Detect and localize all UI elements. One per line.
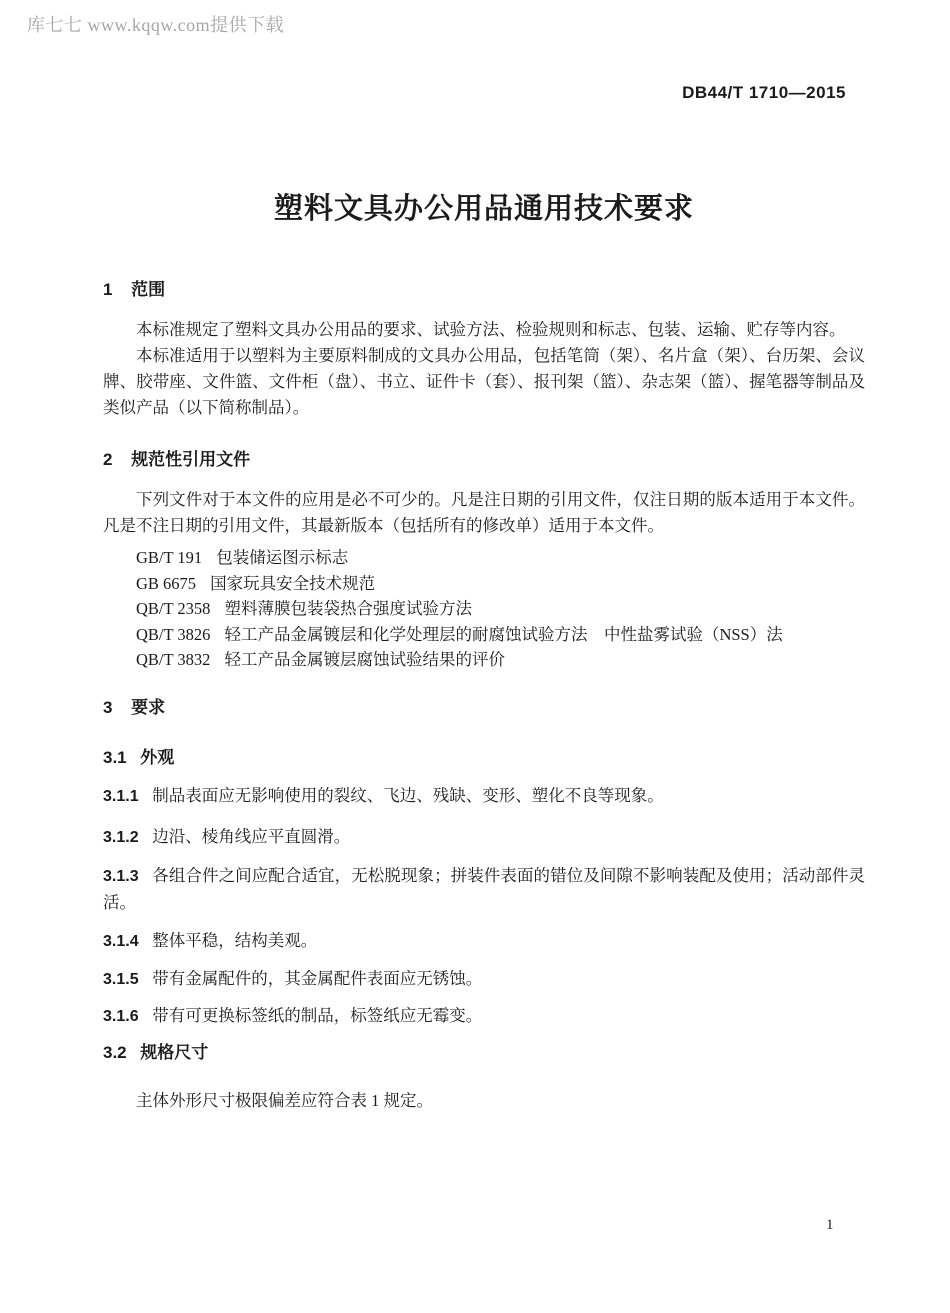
clause-number: 3.1.5 xyxy=(103,971,139,988)
section-heading-normative-references: 2规范性引用文件 xyxy=(103,449,865,471)
subsection-title: 规格尺寸 xyxy=(140,1043,208,1062)
clause-number: 3.1.1 xyxy=(103,788,139,805)
reference-item: QB/T 2358塑料薄膜包装袋热合强度试验方法 xyxy=(103,596,865,622)
reference-title: 国家玩具安全技术规范 xyxy=(210,574,375,593)
clause-number: 3.1.3 xyxy=(103,868,139,885)
reference-item: QB/T 3826轻工产品金属镀层和化学处理层的耐腐蚀试验方法 中性盐雾试验（N… xyxy=(103,622,865,648)
reference-item: GB 6675国家玩具安全技术规范 xyxy=(103,571,865,597)
section-title: 要求 xyxy=(131,698,165,717)
clause-3-1-5: 3.1.5带有金属配件的，其金属配件表面应无锈蚀。 xyxy=(103,966,865,993)
document-title: 塑料文具办公用品通用技术要求 xyxy=(103,186,865,227)
reference-title: 轻工产品金属镀层腐蚀试验结果的评价 xyxy=(224,650,505,669)
page-number: 1 xyxy=(826,1217,834,1234)
clause-number: 3.1.6 xyxy=(103,1008,139,1025)
reference-list: GB/T 191包装储运图示标志 GB 6675国家玩具安全技术规范 QB/T … xyxy=(103,545,865,673)
paragraph-scope-1: 本标准规定了塑料文具办公用品的要求、试验方法、检验规则和标志、包装、运输、贮存等… xyxy=(103,317,865,343)
clause-text: 制品表面应无影响使用的裂纹、飞边、残缺、变形、塑化不良等现象。 xyxy=(152,786,664,805)
section-title: 规范性引用文件 xyxy=(131,450,250,469)
clause-number: 3.1.4 xyxy=(103,933,139,950)
reference-item: GB/T 191包装储运图示标志 xyxy=(103,545,865,571)
clause-text: 带有可更换标签纸的制品，标签纸应无霉变。 xyxy=(152,1006,482,1025)
paragraph-scope-2: 本标准适用于以塑料为主要原料制成的文具办公用品，包括笔筒（架）、名片盒（架）、台… xyxy=(103,343,865,421)
section-number: 3 xyxy=(103,698,112,717)
clause-text: 各组合件之间应配合适宜，无松脱现象；拼装件表面的错位及间隙不影响装配及使用；活动… xyxy=(103,866,865,912)
clause-text: 整体平稳，结构美观。 xyxy=(152,931,317,950)
document-page: 库七七 www.kqqw.com提供下载 DB44/T 1710—2015 塑料… xyxy=(0,0,950,1313)
reference-title: 轻工产品金属镀层和化学处理层的耐腐蚀试验方法 中性盐雾试验（NSS）法 xyxy=(224,625,782,644)
subsection-title: 外观 xyxy=(140,748,174,767)
reference-code: QB/T 2358 xyxy=(136,599,210,618)
section-number: 2 xyxy=(103,450,112,469)
clause-text: 带有金属配件的，其金属配件表面应无锈蚀。 xyxy=(152,969,482,988)
paragraph-references-intro: 下列文件对于本文件的应用是必不可少的。凡是注日期的引用文件，仅注日期的版本适用于… xyxy=(103,487,865,539)
reference-code: GB/T 191 xyxy=(136,548,202,567)
clause-3-1-6: 3.1.6带有可更换标签纸的制品，标签纸应无霉变。 xyxy=(103,1003,865,1030)
clause-3-1-2: 3.1.2边沿、棱角线应平直圆滑。 xyxy=(103,824,865,851)
clause-3-1-1: 3.1.1制品表面应无影响使用的裂纹、飞边、残缺、变形、塑化不良等现象。 xyxy=(103,783,865,810)
reference-code: QB/T 3832 xyxy=(136,650,210,669)
subsection-heading-appearance: 3.1外观 xyxy=(103,747,865,769)
section-heading-scope: 1范围 xyxy=(103,279,865,301)
subsection-heading-dimensions: 3.2规格尺寸 xyxy=(103,1042,865,1064)
subsection-number: 3.2 xyxy=(103,1043,127,1062)
reference-item: QB/T 3832轻工产品金属镀层腐蚀试验结果的评价 xyxy=(103,647,865,673)
reference-title: 包装储运图示标志 xyxy=(216,548,348,567)
clause-text: 边沿、棱角线应平直圆滑。 xyxy=(152,827,350,846)
reference-title: 塑料薄膜包装袋热合强度试验方法 xyxy=(224,599,472,618)
section-title: 范围 xyxy=(131,280,165,299)
section-number: 1 xyxy=(103,280,112,299)
reference-code: QB/T 3826 xyxy=(136,625,210,644)
clause-3-1-4: 3.1.4整体平稳，结构美观。 xyxy=(103,928,865,955)
document-body: 塑料文具办公用品通用技术要求 1范围 本标准规定了塑料文具办公用品的要求、试验方… xyxy=(103,0,865,1114)
subsection-number: 3.1 xyxy=(103,748,127,767)
section-heading-requirements: 3要求 xyxy=(103,697,865,719)
paragraph-dimensions: 主体外形尺寸极限偏差应符合表 1 规定。 xyxy=(103,1088,865,1114)
reference-code: GB 6675 xyxy=(136,574,196,593)
clause-number: 3.1.2 xyxy=(103,829,139,846)
clause-3-1-3: 3.1.3各组合件之间应配合适宜，无松脱现象；拼装件表面的错位及间隙不影响装配及… xyxy=(103,863,865,916)
